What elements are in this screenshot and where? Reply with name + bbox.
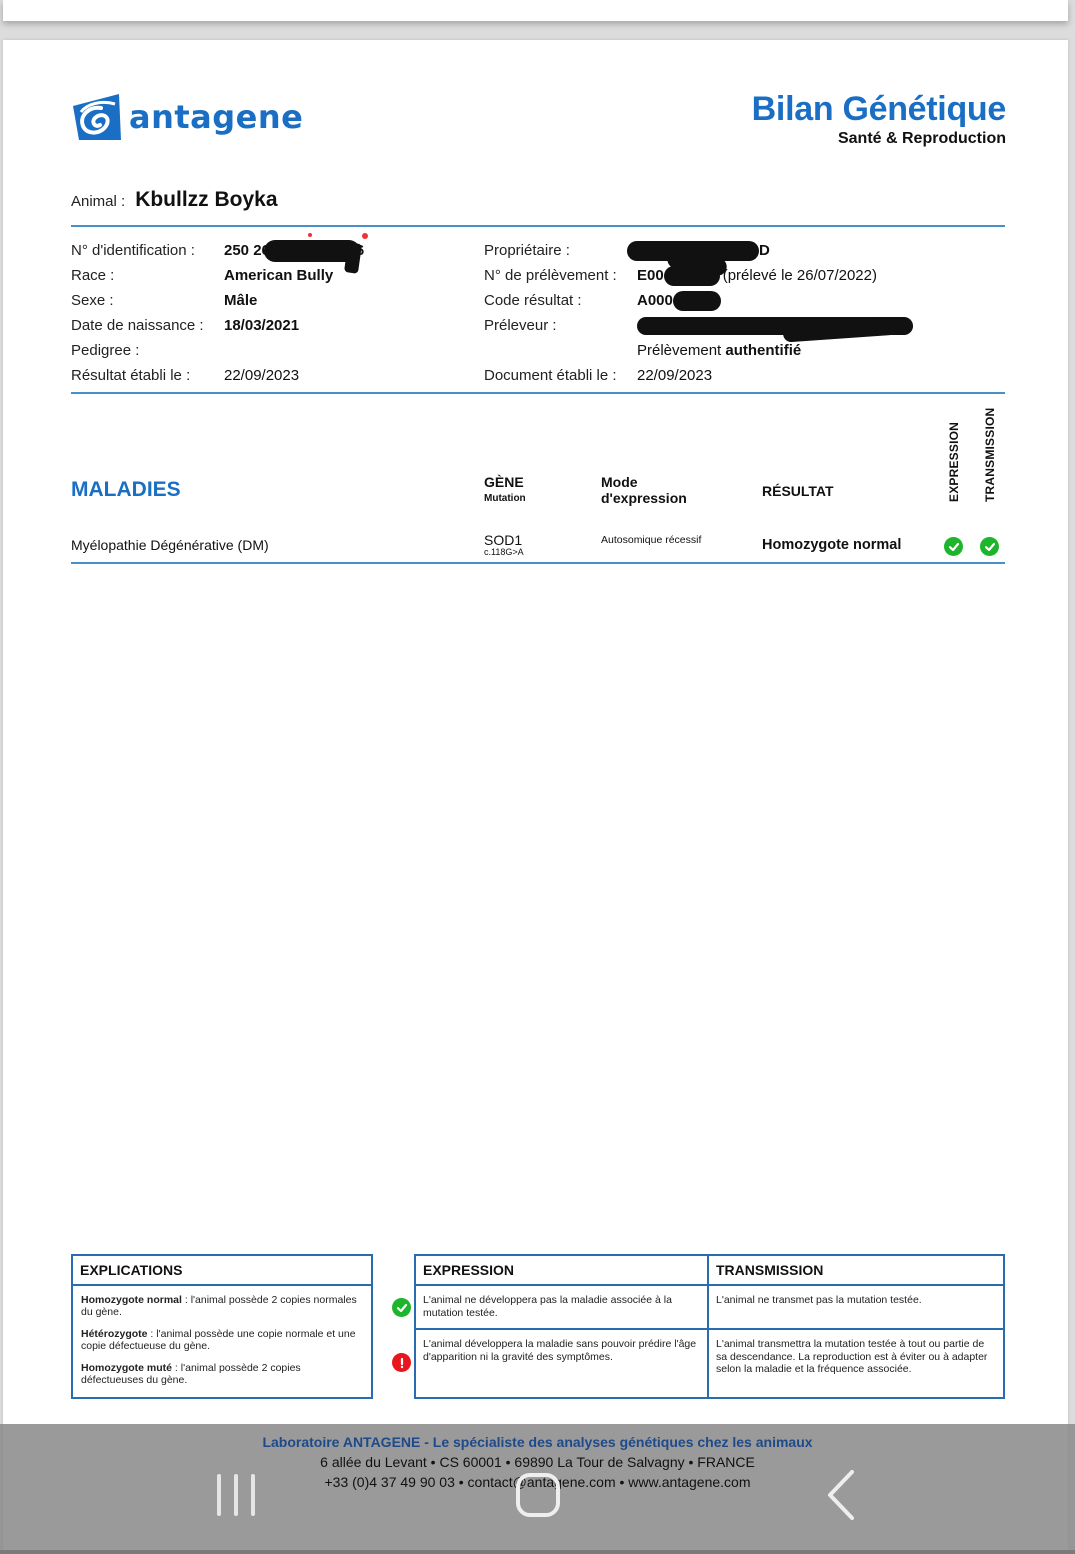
explications-body: Homozygote normal : l'animal possède 2 c…	[73, 1286, 371, 1386]
back-button[interactable]	[822, 1468, 862, 1522]
info-label: Document établi le :	[484, 367, 637, 384]
info-label: Code résultat :	[484, 292, 637, 309]
divider	[71, 392, 1005, 394]
redaction-mark	[362, 233, 368, 239]
column-header-gene: GÈNE Mutation	[484, 474, 526, 504]
authenticated-text: Prélèvement	[637, 342, 725, 359]
legend-expression-ok: L'animal ne développera pas la maladie a…	[416, 1286, 709, 1330]
info-label: N° d'identification :	[71, 242, 224, 259]
legend-table: EXPRESSION TRANSMISSION L'animal ne déve…	[414, 1254, 1005, 1399]
footer-lab-tagline: Laboratoire ANTAGENE - Le spécialiste de…	[0, 1432, 1075, 1452]
logo-text: antagene	[129, 98, 303, 136]
authenticated-bold: authentifié	[725, 342, 801, 359]
identification-value: 250 266	[224, 240, 364, 262]
info-label: Propriétaire :	[484, 242, 637, 259]
sample-date: (prélevé le 26/07/2022)	[723, 266, 877, 283]
check-circle-icon	[392, 1298, 411, 1317]
info-row-race: Race : American Bully	[71, 263, 364, 288]
animal-name: Kbullzz Boyka	[135, 188, 277, 212]
footer-address: 6 allée du Levant • CS 60001 • 69890 La …	[0, 1452, 1075, 1472]
previous-page-edge	[3, 0, 1068, 21]
info-row-resultat-date: Résultat établi le : 22/09/2023	[71, 363, 364, 388]
explication-term: Homozygote normal	[81, 1294, 182, 1306]
identification-prefix: 250 26	[224, 241, 270, 258]
maladies-title: MALADIES	[71, 478, 181, 502]
document-page: antagene Bilan Génétique Santé & Reprodu…	[3, 40, 1068, 1550]
mutation-subheader: Mutation	[484, 493, 526, 504]
explication-term: Homozygote muté	[81, 1362, 172, 1374]
animal-info-left: N° d'identification : 250 266 Race : Ame…	[71, 238, 364, 388]
info-row-sexe: Sexe : Mâle	[71, 288, 364, 313]
owner-suffix: D	[759, 241, 770, 258]
redaction-mark	[673, 291, 721, 311]
info-row-identification: N° d'identification : 250 266	[71, 238, 364, 263]
explication-term: Hétérozygote	[81, 1328, 148, 1340]
info-label: Sexe :	[71, 292, 224, 309]
explication-item: Homozygote muté : l'animal possède 2 cop…	[81, 1362, 364, 1386]
sample-value: E00(prélevé le 26/07/2022)	[637, 266, 877, 286]
expression-mode: Autosomique récessif	[601, 534, 701, 546]
info-row-document-date: Document établi le : 22/09/2023	[484, 363, 913, 388]
legend-expression-alert: L'animal développera la maladie sans pou…	[416, 1330, 709, 1397]
animal-line: Animal : Kbullzz Boyka	[71, 188, 278, 212]
document-title-block: Bilan Génétique Santé & Reproduction	[752, 90, 1006, 148]
divider	[71, 562, 1005, 564]
legend-transmission-alert: L'animal transmettra la mutation testée …	[709, 1330, 1003, 1397]
result-code-prefix: A000	[637, 291, 673, 308]
info-label: Date de naissance :	[71, 317, 224, 334]
gene-cell: SOD1 c.118G>A	[484, 532, 524, 557]
result-value: Homozygote normal	[762, 537, 901, 553]
column-header-result: RÉSULTAT	[762, 483, 834, 499]
redaction-mark	[308, 233, 312, 237]
explication-item: Hétérozygote : l'animal possède une copi…	[81, 1328, 364, 1352]
column-header-mode: Mode d'expression	[601, 474, 701, 506]
race-value: American Bully	[224, 267, 333, 284]
info-label: N° de prélèvement :	[484, 267, 637, 284]
document-subtitle: Santé & Reproduction	[752, 130, 1006, 148]
info-label: Race :	[71, 267, 224, 284]
antagene-logo: antagene	[71, 92, 303, 142]
document-title: Bilan Génétique	[752, 90, 1006, 129]
info-label: Résultat établi le :	[71, 367, 224, 384]
explications-title: EXPLICATIONS	[73, 1256, 371, 1286]
gene-header: GÈNE	[484, 474, 524, 490]
explication-item: Homozygote normal : l'animal possède 2 c…	[81, 1294, 364, 1318]
column-header-expression: EXPRESSION	[947, 426, 961, 502]
document-date-value: 22/09/2023	[637, 367, 712, 384]
exclamation-circle-icon	[392, 1353, 411, 1372]
recent-apps-icon	[212, 1470, 262, 1520]
home-icon	[512, 1470, 564, 1520]
info-row-authentifie: Prélèvement authentifié	[484, 338, 913, 363]
info-row-code-resultat: Code résultat : A000	[484, 288, 913, 313]
disease-name: Myélopathie Dégénérative (DM)	[71, 537, 269, 553]
column-header-transmission: TRANSMISSION	[983, 412, 997, 502]
info-label: Pedigree :	[71, 342, 224, 359]
result-date-value: 22/09/2023	[224, 367, 299, 384]
info-label: Préleveur :	[484, 317, 637, 334]
gene-name: SOD1	[484, 532, 522, 548]
info-row-naissance: Date de naissance : 18/03/2021	[71, 313, 364, 338]
sample-prefix: E00	[637, 266, 664, 283]
divider	[71, 225, 1005, 227]
authenticated-value: Prélèvement authentifié	[637, 342, 801, 359]
legend-transmission-ok: L'animal ne transmet pas la mutation tes…	[709, 1286, 1003, 1330]
check-circle-icon	[980, 537, 999, 556]
back-icon	[822, 1468, 862, 1522]
explications-box: EXPLICATIONS Homozygote normal : l'anima…	[71, 1254, 373, 1399]
info-row-pedigree: Pedigree :	[71, 338, 364, 363]
recent-apps-button[interactable]	[212, 1470, 262, 1520]
mutation-code: c.118G>A	[484, 547, 524, 557]
antagene-logo-icon	[71, 92, 123, 142]
home-button[interactable]	[512, 1470, 564, 1520]
legend-expression-header: EXPRESSION	[416, 1256, 709, 1286]
result-code-value: A000	[637, 291, 721, 311]
birthdate-value: 18/03/2021	[224, 317, 299, 334]
check-circle-icon	[944, 537, 963, 556]
bottom-edge	[0, 1550, 1075, 1554]
animal-label: Animal :	[71, 193, 125, 210]
legend-transmission-header: TRANSMISSION	[709, 1256, 1003, 1286]
sexe-value: Mâle	[224, 292, 257, 309]
